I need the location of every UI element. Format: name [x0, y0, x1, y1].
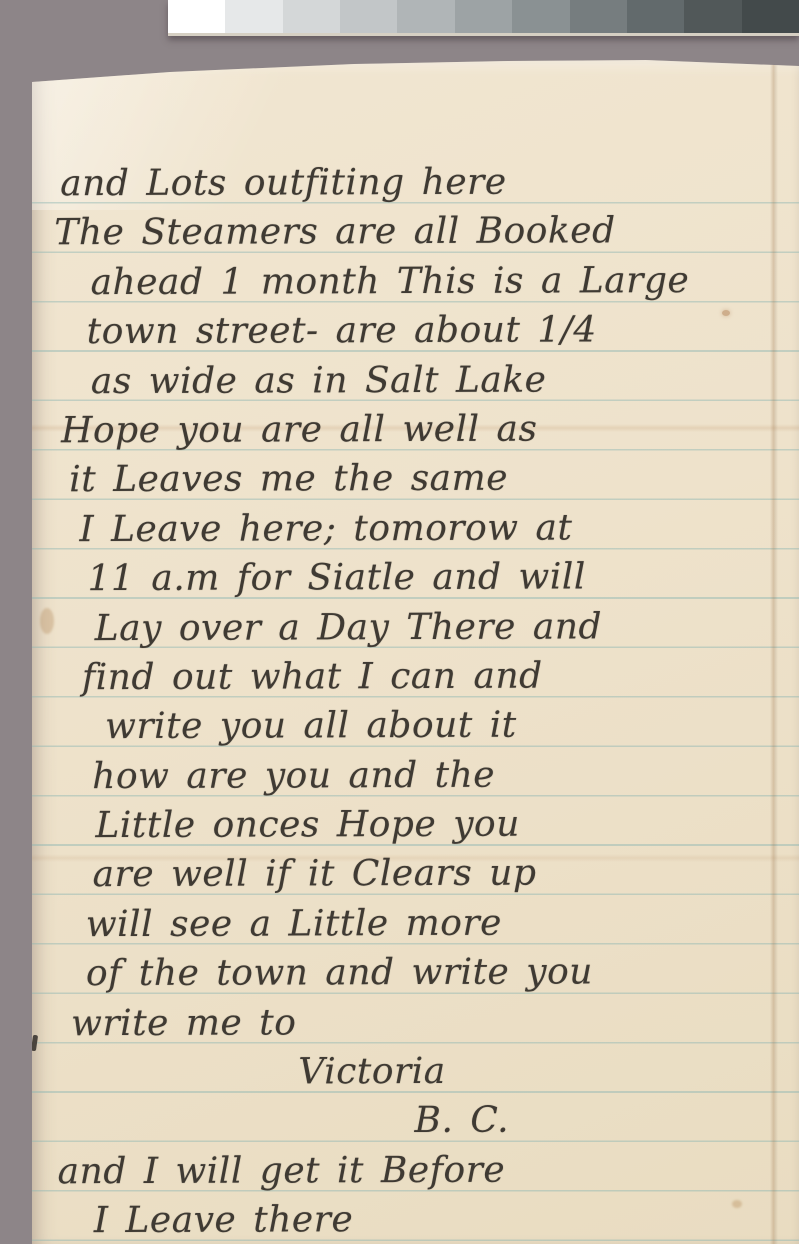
handwriting-line: Victoria — [298, 1046, 799, 1097]
handwriting-line: as wide as in Salt Lake — [91, 354, 798, 406]
handwriting-line: will see a Little more — [86, 898, 799, 950]
letter-page: and Lots outfiting here The Steamers are… — [32, 60, 799, 1244]
calibration-step — [283, 0, 340, 33]
handwriting-line: Hope you are all well as — [61, 404, 798, 456]
calibration-step — [225, 0, 282, 33]
handwriting-line: I Leave there — [94, 1194, 799, 1244]
calibration-step — [684, 0, 741, 33]
calibration-step — [397, 0, 454, 33]
handwriting-line: 11 a.m for Siatle and will — [87, 552, 798, 604]
calibration-step — [455, 0, 512, 33]
handwriting-line: The Steamers are all Booked — [54, 206, 797, 258]
handwriting-line: it Leaves me the same — [69, 453, 798, 505]
calibration-step — [627, 0, 684, 33]
handwriting-line: are well if it Clears up — [93, 848, 799, 900]
calibration-step — [340, 0, 397, 33]
calibration-step — [570, 0, 627, 33]
scanned-letter-scene: and Lots outfiting here The Steamers are… — [0, 0, 799, 1244]
handwritten-text: and Lots outfiting here The Steamers are… — [30, 157, 799, 1244]
handwriting-line: write me to — [71, 996, 799, 1048]
handwriting-line: write you all about it — [105, 700, 799, 752]
handwriting-line: find out what I can and — [82, 651, 799, 703]
calibration-step — [512, 0, 569, 33]
handwriting-line: B. C. — [414, 1095, 799, 1146]
handwriting-line: I Leave here; tomorow at — [79, 502, 798, 554]
calibration-step — [168, 0, 225, 33]
handwriting-line: and I will get it Before — [58, 1144, 799, 1196]
handwriting-line: ahead 1 month This is a Large — [90, 255, 797, 307]
handwriting-line: of the town and write you — [86, 947, 799, 999]
calibration-step — [742, 0, 799, 33]
handwriting-line: how are you and the — [92, 749, 799, 801]
handwriting-line: town street- are about 1/4 — [87, 305, 798, 357]
calibration-strip — [168, 0, 799, 36]
handwriting-line: Lay over a Day There and — [95, 601, 799, 653]
handwriting-line: Little onces Hope you — [95, 799, 799, 851]
handwriting-line: and Lots outfiting here — [60, 157, 797, 209]
